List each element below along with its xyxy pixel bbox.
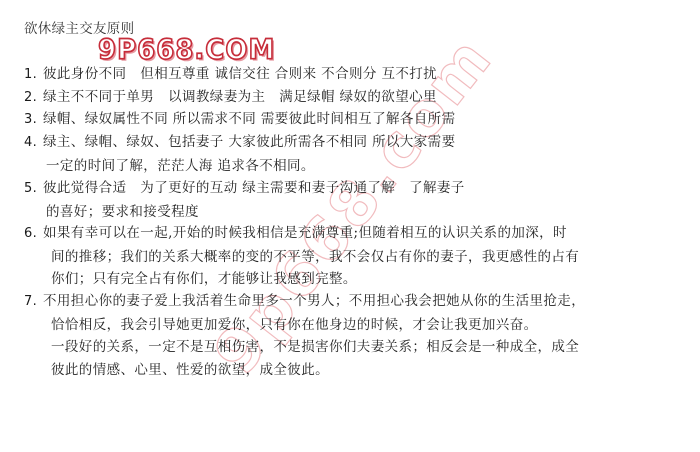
rule-line: 7.不用担心你的妻子爱上我活着生命里多一个男人；不用担心我会把她从你的生活里抢走… — [24, 290, 585, 314]
rule-line: 4.绿主、绿帽、绿奴、包括妻子 大家彼此所需各不相同 所以大家需要 — [24, 131, 455, 155]
rule-text: 如果有幸可以在一起,开始的时候我相信是充满尊重;但随着相互的认识关系的加深，时 — [43, 225, 567, 241]
rule-item-1: 1.彼此身份不同 但相互尊重 诚信交往 合则来 不合则分 互不打扰 — [24, 63, 437, 87]
rule-text-continued: 的喜好；要求和接受程度 — [24, 201, 465, 224]
rule-item-6: 6.如果有幸可以在一起,开始的时候我相信是充满尊重;但随着相互的认识关系的加深，… — [24, 222, 579, 291]
rule-number: 7. — [24, 291, 43, 314]
rule-text: 彼此身份不同 但相互尊重 诚信交往 合则来 不合则分 互不打扰 — [43, 66, 437, 82]
rule-text: 彼此觉得合适 为了更好的互动 绿主需要和妻子沟通了解 了解妻子 — [43, 180, 465, 196]
rule-text-continued: 一段好的关系，一定不是互相伤害，不是损害你们夫妻关系；相反会是一种成全，成全 — [24, 336, 585, 359]
rule-text: 绿帽、绿奴属性不同 所以需求不同 需要彼此时间相互了解各自所需 — [43, 111, 455, 127]
rule-text-continued: 你们；只有完全占有你们，才能够让我感到完整。 — [24, 268, 579, 291]
rule-line: 3.绿帽、绿奴属性不同 所以需求不同 需要彼此时间相互了解各自所需 — [24, 108, 455, 132]
rule-number: 3. — [24, 109, 43, 132]
rule-text: 绿主、绿帽、绿奴、包括妻子 大家彼此所需各不相同 所以大家需要 — [43, 134, 455, 150]
rule-line: 2.绿主不不同于单男 以调教绿妻为主 满足绿帽 绿奴的欲望心里 — [24, 86, 437, 110]
rule-line: 5.彼此觉得合适 为了更好的互动 绿主需要和妻子沟通了解 了解妻子 — [24, 177, 465, 201]
rule-text-continued: 一定的时间了解，茫茫人海 追求各不相同。 — [24, 155, 455, 178]
rule-text-continued: 恰恰相反，我会引导她更加爱你，只有你在他身边的时候，才会让我更加兴奋。 — [24, 314, 585, 337]
rule-item-2: 2.绿主不不同于单男 以调教绿妻为主 满足绿帽 绿奴的欲望心里 — [24, 86, 437, 110]
rule-number: 4. — [24, 132, 43, 155]
rule-text-continued: 间的推移；我们的关系大概率的变的不平等，我不会仅占有你的妻子，我更感性的占有 — [24, 246, 579, 269]
document-page: 9p668.com 欲休绿主交友原则 9P668.COM 1.彼此身份不同 但相… — [0, 0, 700, 452]
rule-line: 6.如果有幸可以在一起,开始的时候我相信是充满尊重;但随着相互的认识关系的加深，… — [24, 222, 579, 246]
rule-number: 5. — [24, 178, 43, 201]
rule-item-7: 7.不用担心你的妻子爱上我活着生命里多一个男人；不用担心我会把她从你的生活里抢走… — [24, 290, 585, 381]
rule-text: 不用担心你的妻子爱上我活着生命里多一个男人；不用担心我会把她从你的生活里抢走， — [43, 293, 585, 309]
rule-text: 绿主不不同于单男 以调教绿妻为主 满足绿帽 绿奴的欲望心里 — [43, 89, 437, 105]
site-logo-watermark: 9P668.COM — [98, 35, 275, 64]
rule-item-3: 3.绿帽、绿奴属性不同 所以需求不同 需要彼此时间相互了解各自所需 — [24, 108, 455, 132]
rule-item-5: 5.彼此觉得合适 为了更好的互动 绿主需要和妻子沟通了解 了解妻子 的喜好；要求… — [24, 177, 465, 223]
rule-number: 6. — [24, 223, 43, 246]
rule-number: 1. — [24, 64, 43, 87]
rule-line: 1.彼此身份不同 但相互尊重 诚信交往 合则来 不合则分 互不打扰 — [24, 63, 437, 87]
rule-item-4: 4.绿主、绿帽、绿奴、包括妻子 大家彼此所需各不相同 所以大家需要 一定的时间了… — [24, 131, 455, 177]
rule-number: 2. — [24, 87, 43, 110]
rule-text-continued: 彼此的情感、心里、性爱的欲望，成全彼此。 — [24, 359, 585, 382]
